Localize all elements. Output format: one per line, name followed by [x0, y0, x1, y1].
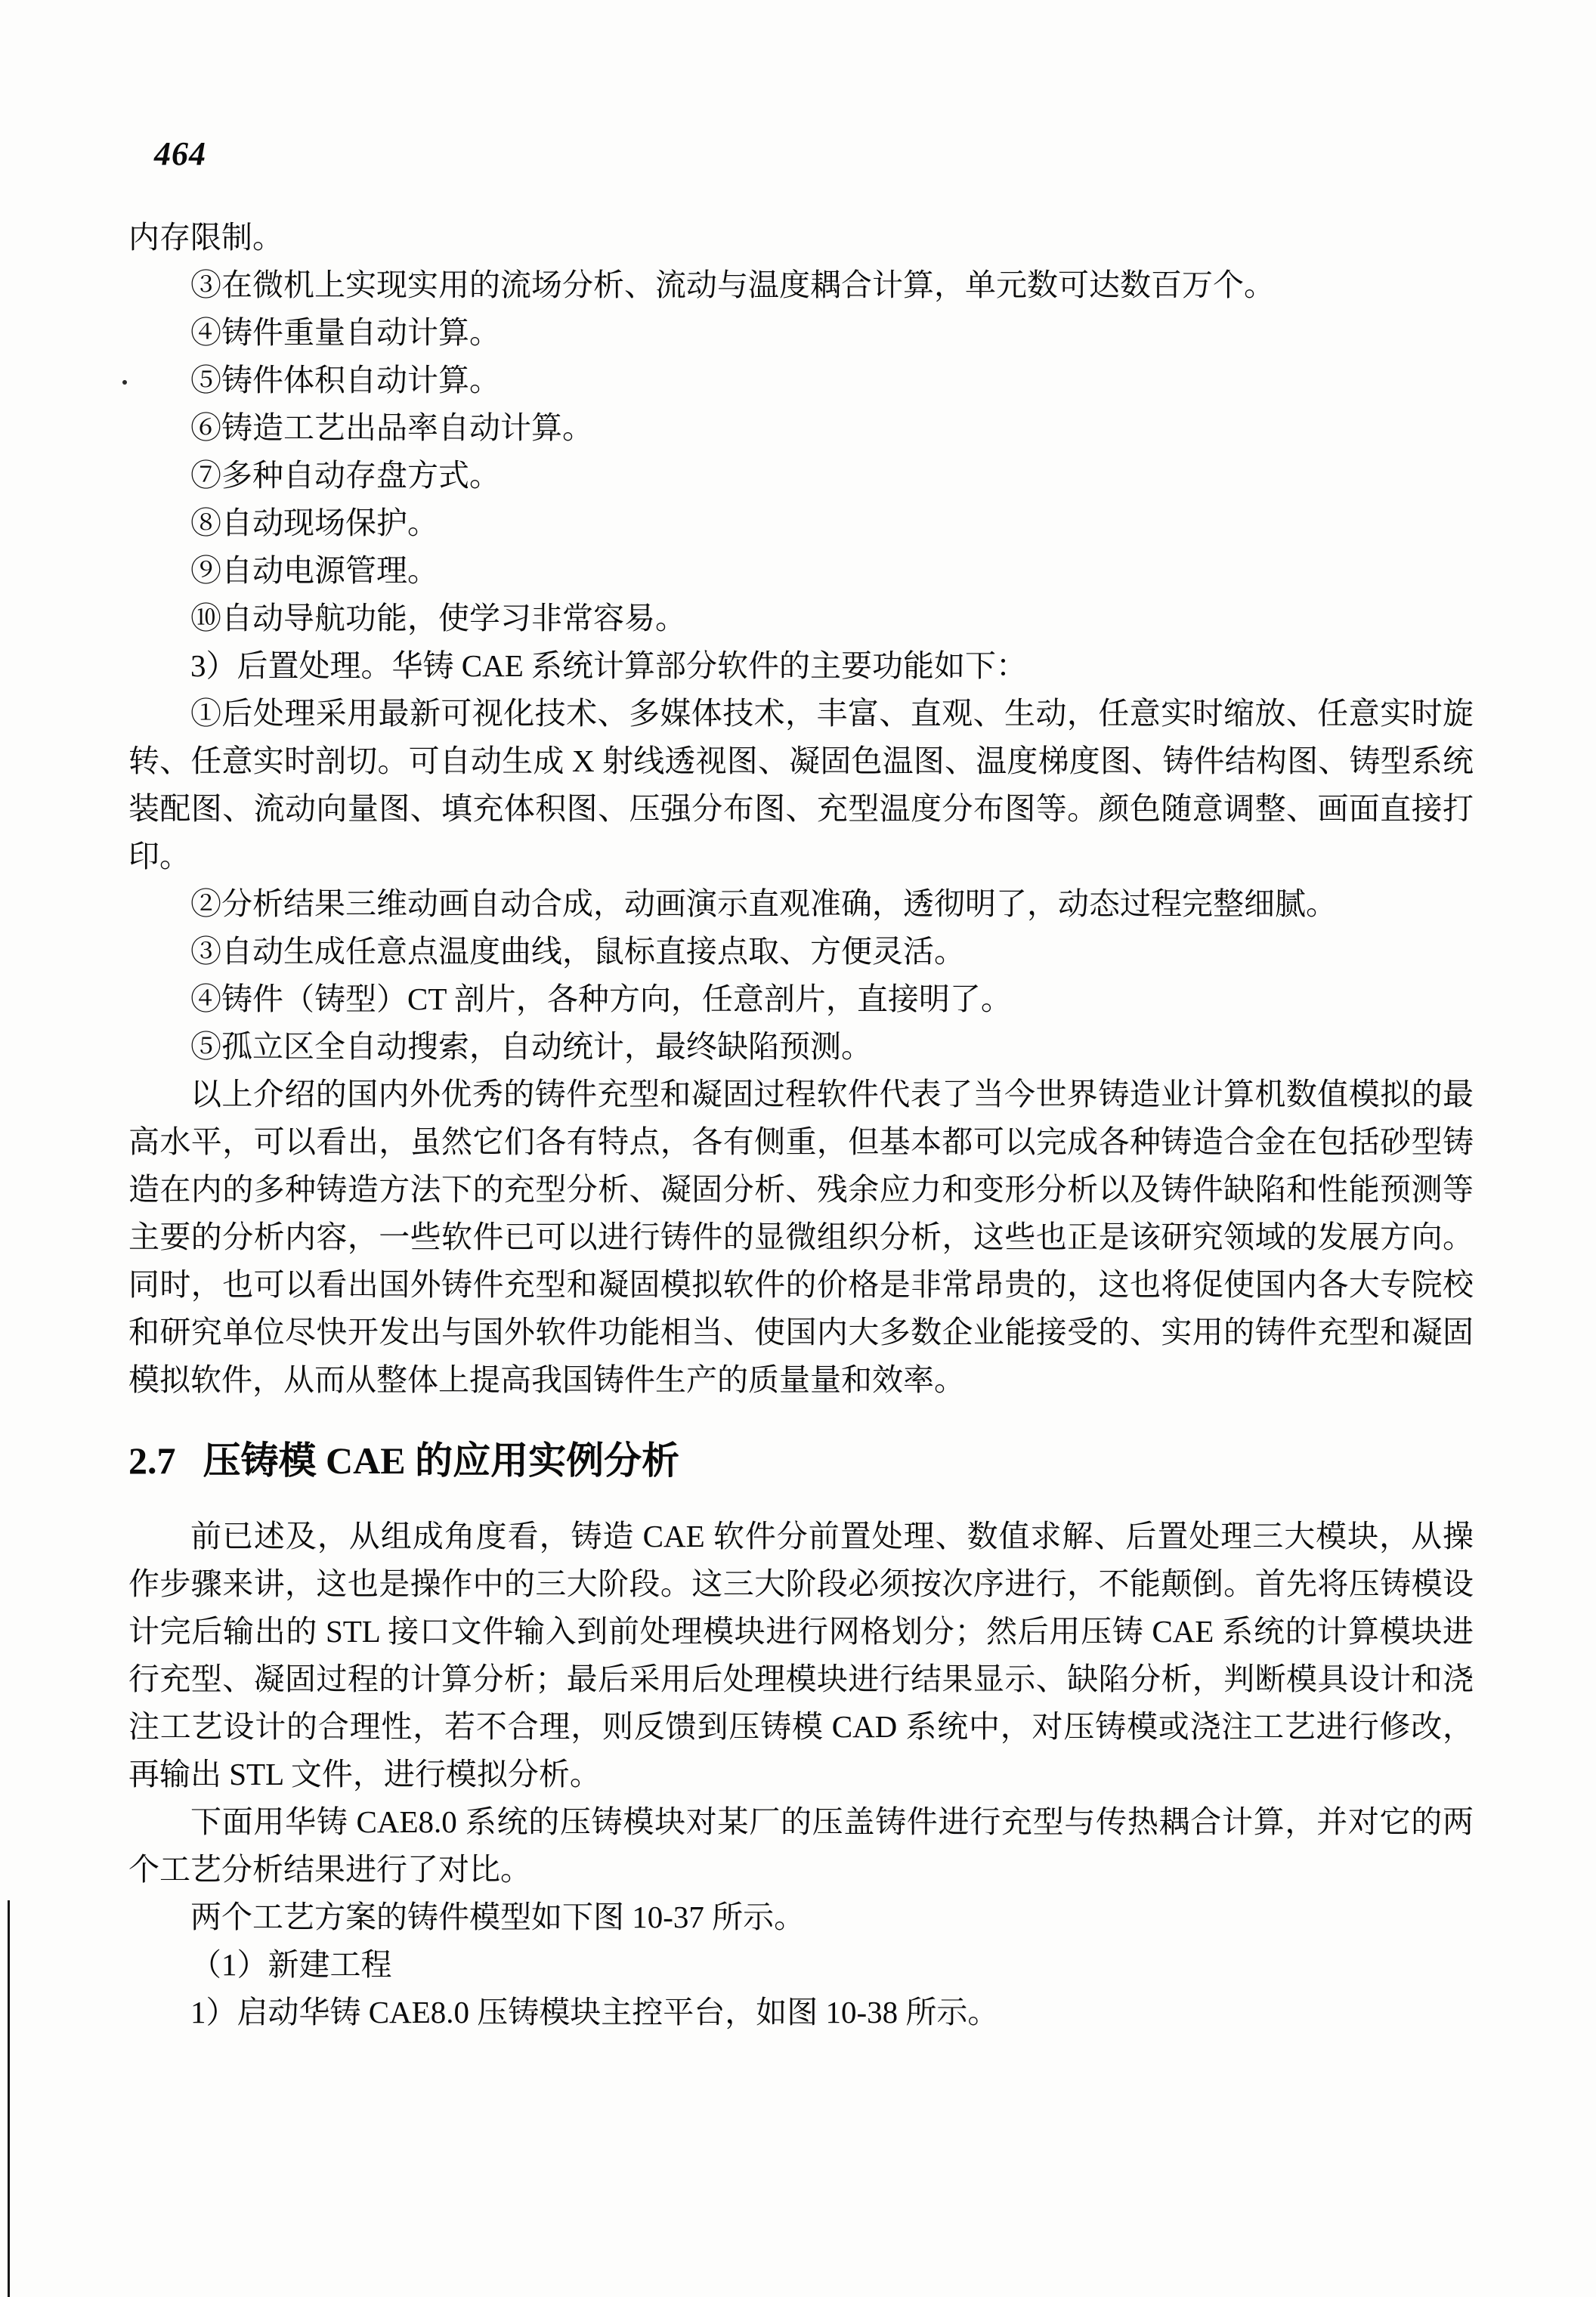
post-list-item-2: ②分析结果三维动画自动合成，动画演示直观准确，透彻明了，动态过程完整细腻。: [128, 880, 1474, 928]
document-page: 464 内存限制。 ③在微机上实现实用的流场分析、流动与温度耦合计算，单元数可达…: [0, 0, 1596, 2297]
list-item-6: ⑥铸造工艺出品率自动计算。: [128, 404, 1474, 452]
summary-paragraph: 以上介绍的国内外优秀的铸件充型和凝固过程软件代表了当今世界铸造业计算机数值模拟的…: [128, 1071, 1474, 1404]
page-number: 464: [154, 134, 206, 173]
paragraph: 两个工艺方案的铸件模型如下图 10-37 所示。: [128, 1894, 1474, 1941]
list-item-4: ④铸件重量自动计算。: [128, 309, 1474, 357]
section-title: 压铸模 CAE 的应用实例分析: [203, 1439, 680, 1482]
post-list-item-3: ③自动生成任意点温度曲线，鼠标直接点取、方便灵活。: [128, 928, 1474, 975]
list-item-7: ⑦多种自动存盘方式。: [128, 452, 1474, 499]
list-item-10: ⑩自动导航功能，使学习非常容易。: [128, 595, 1474, 642]
paragraph: 下面用华铸 CAE8.0 系统的压铸模块对某厂的压盖铸件进行充型与传热耦合计算，…: [128, 1798, 1474, 1894]
post-list-item-5: ⑤孤立区全自动搜索，自动统计，最终缺陷预测。: [128, 1023, 1474, 1071]
list-item-9: ⑨自动电源管理。: [128, 547, 1474, 595]
list-item-8: ⑧自动现场保护。: [128, 499, 1474, 547]
list-item-3: ③在微机上实现实用的流场分析、流动与温度耦合计算，单元数可达数百万个。: [128, 261, 1474, 309]
post-list-item-1: ①后处理采用最新可视化技术、多媒体技术，丰富、直观、生动，任意实时缩放、任意实时…: [128, 690, 1474, 880]
paragraph-continuation: 内存限制。: [128, 214, 1474, 261]
step-item: 1）启动华铸 CAE8.0 压铸模块主控平台，如图 10-38 所示。: [128, 1989, 1474, 2036]
subsection-lead: 3）后置处理。华铸 CAE 系统计算部分软件的主要功能如下：: [128, 642, 1474, 690]
paragraph: 前已述及，从组成角度看，铸造 CAE 软件分前置处理、数值求解、后置处理三大模块…: [128, 1513, 1474, 1798]
post-list-item-4: ④铸件（铸型）CT 剖片，各种方向，任意剖片，直接明了。: [128, 975, 1474, 1023]
list-item-5: ⑤铸件体积自动计算。: [128, 357, 1474, 404]
section-number: 2.7: [128, 1439, 176, 1482]
ink-speck: [122, 380, 127, 385]
page-body-text: 内存限制。 ③在微机上实现实用的流场分析、流动与温度耦合计算，单元数可达数百万个…: [128, 214, 1474, 2036]
scan-artifact-line: [8, 1900, 10, 2297]
step-heading: （1）新建工程: [128, 1941, 1474, 1989]
section-heading: 2.7压铸模 CAE 的应用实例分析: [128, 1434, 1474, 1487]
